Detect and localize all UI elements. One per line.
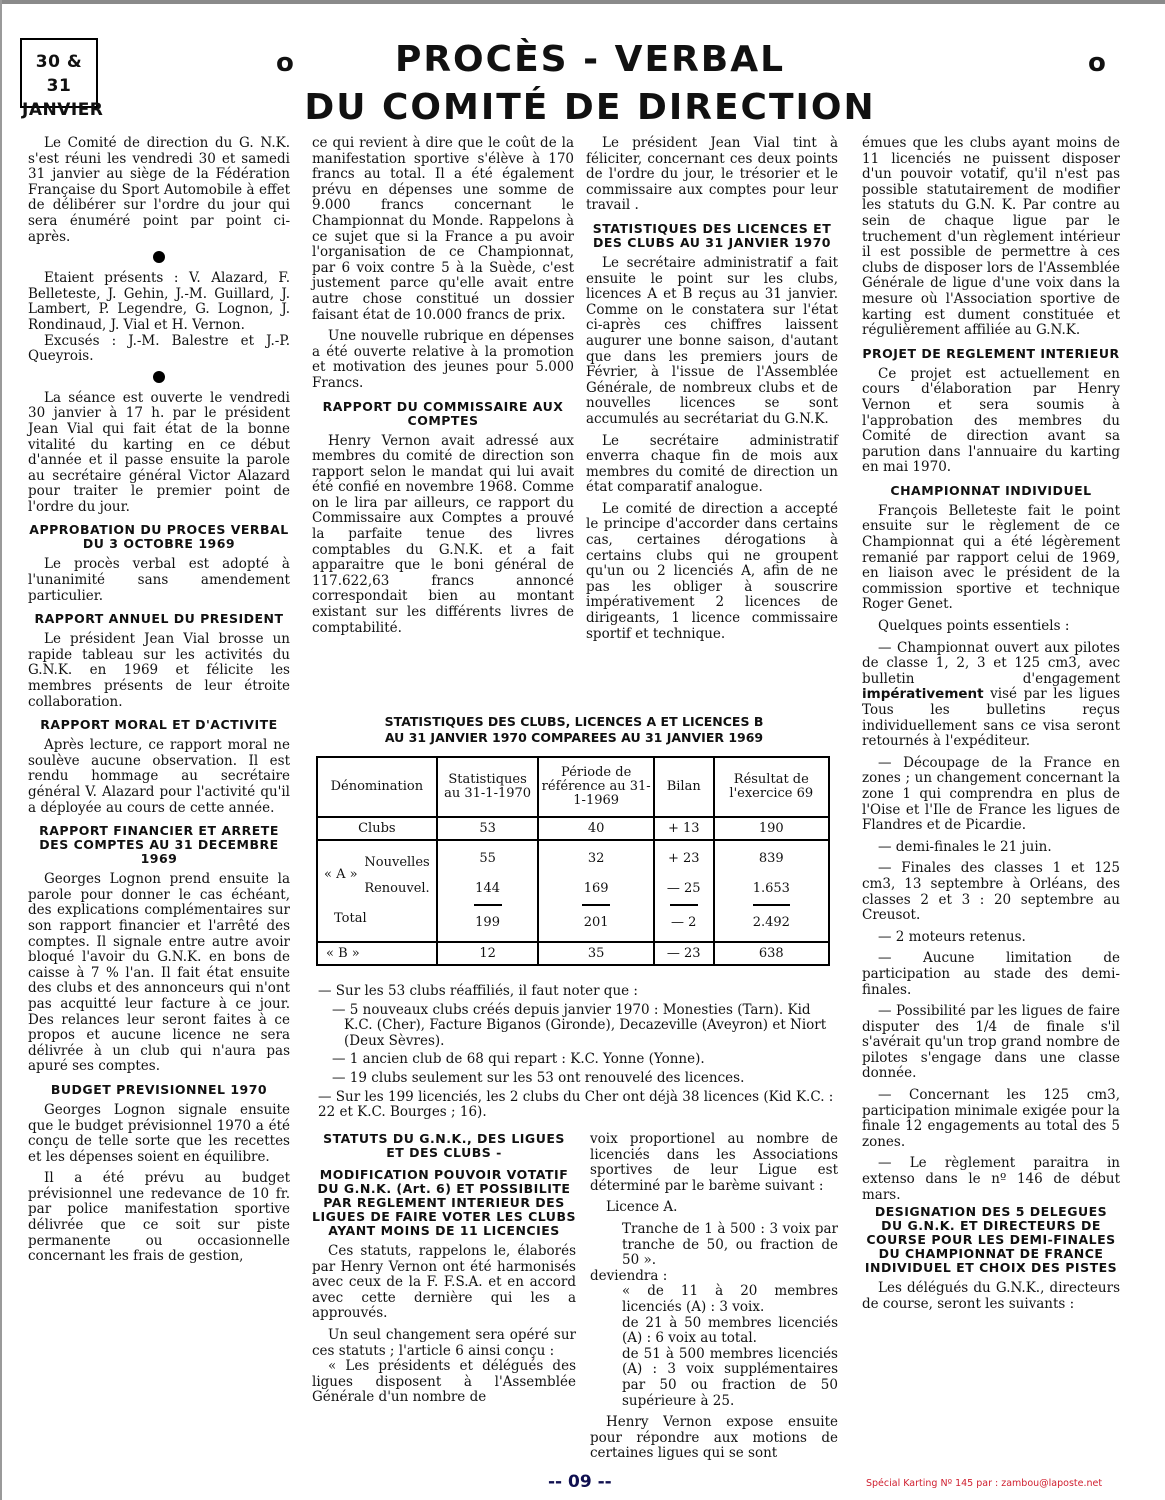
credit-line: Spécial Karting Nº 145 par : zambou@lapo… — [866, 1478, 1102, 1489]
bareme-line-2: de 21 à 50 membres licenciés (A) : 6 voi… — [590, 1316, 838, 1347]
cell-group: 32 169 201 — [538, 840, 653, 942]
projet-paragraph: Ce projet est actuellement en cours d'él… — [862, 367, 1120, 476]
rapport-moral-paragraph: Après lecture, ce rapport moral ne soulè… — [28, 738, 290, 816]
cell: 199 — [474, 904, 502, 938]
presents-paragraph: Etaient présents : V. Alazard, F. Bellet… — [28, 271, 290, 333]
stats-paragraph-3: Le comité de direction a accepté le prin… — [586, 502, 838, 642]
point-2: — Découpage de la France en zones ; un c… — [862, 756, 1120, 834]
cell: 190 — [714, 817, 829, 840]
date-line-1: 30 & 31 — [22, 50, 96, 98]
title-line-1: PROCÈS - VERBAL — [150, 36, 1030, 84]
vernon-paragraph: Henry Vernon expose ensuite pour répondr… — [590, 1415, 838, 1462]
heading-championnat: CHAMPIONNAT INDIVIDUEL — [862, 484, 1120, 498]
row-label: Clubs — [317, 817, 437, 840]
table-notes: — Sur les 53 clubs réaffiliés, il faut n… — [318, 984, 838, 1124]
table-header-row: Dénomination Statistiques au 31-1-1970 P… — [317, 757, 829, 817]
note: — 19 clubs seulement sur les 53 ont reno… — [318, 1071, 838, 1087]
approbation-paragraph: Le procès verbal est adopté à l'unanimit… — [28, 557, 290, 604]
page-title: PROCÈS - VERBAL DU COMITÉ DE DIRECTION — [150, 36, 1030, 132]
table-title-line-2: AU 31 JANVIER 1970 COMPAREES AU 31 JANVI… — [318, 730, 830, 746]
points-intro: Quelques points essentiels : — [862, 619, 1120, 635]
point-1-text: — Championnat ouvert aux pilotes de clas… — [862, 640, 1120, 687]
cell: 12 — [437, 942, 539, 965]
cell: 53 — [437, 817, 539, 840]
felicite-paragraph: Le président Jean Vial tint à féliciter,… — [586, 136, 838, 214]
cell: 201 — [582, 904, 610, 938]
statistics-table: Dénomination Statistiques au 31-1-1970 P… — [316, 756, 830, 966]
ornament-right-icon: o — [1088, 48, 1106, 78]
col-header: Bilan — [654, 757, 714, 817]
statuts-section: STATUTS DU G.N.K., DES LIGUES ET DES CLU… — [312, 1132, 576, 1412]
col-header: Dénomination — [317, 757, 437, 817]
deviendra-text: deviendra : — [590, 1269, 838, 1285]
financier-paragraph: Georges Lognon prend ensuite la parole p… — [28, 872, 290, 1075]
heading-commissaire: RAPPORT DU COMMISSAIRE AUX COMPTES — [312, 400, 574, 428]
rubrique-paragraph: Une nouvelle rubrique en dépenses a été … — [312, 329, 574, 391]
budget-continuation: ce qui revient à dire que le coût de la … — [312, 136, 574, 323]
date-box: 30 & 31 JANVIER — [20, 38, 98, 108]
bareme-intro: voix proportionel au nombre de licenciés… — [590, 1132, 838, 1194]
cell: + 23 — [657, 844, 711, 874]
budget-paragraph-2: Il a été prévu au budget prévisionnel un… — [28, 1171, 290, 1265]
cell: + 13 — [654, 817, 714, 840]
point-1-emphasis: impérativement — [862, 686, 984, 702]
point-7: — Possibilité par les ligues de faire di… — [862, 1004, 1120, 1082]
row-label: Total — [324, 904, 430, 934]
heading-projet: PROJET DE REGLEMENT INTERIEUR — [862, 347, 1120, 361]
cell: — 2 — [670, 904, 698, 938]
designation-paragraph: Les délégués du G.N.K., directeurs de co… — [862, 1281, 1120, 1312]
intro-paragraph: Le Comité de direction du G. N.K. s'est … — [28, 136, 290, 245]
column-3: Le président Jean Vial tint à féliciter,… — [586, 136, 838, 648]
point-8: — Concernant les 125 cm3, participation … — [862, 1088, 1120, 1150]
table-title-line-1: STATISTIQUES DES CLUBS, LICENCES A ET LI… — [318, 714, 830, 730]
bullet-dot-icon — [153, 251, 165, 263]
heading-modification: MODIFICATION POUVOIR VOTATIF DU G.N.K. (… — [312, 1168, 576, 1238]
top-border — [0, 0, 1165, 4]
cell: 169 — [541, 874, 650, 904]
title-line-2: DU COMITÉ DE DIRECTION — [150, 84, 1030, 132]
column-1: Le Comité de direction du G. N.K. s'est … — [28, 136, 290, 1271]
date-line-2: JANVIER — [22, 98, 96, 122]
table-row-a-group: Nouvelles « A » Renouvel. Total 55 144 1… — [317, 840, 829, 942]
bareme-section: voix proportionel au nombre de licenciés… — [590, 1132, 838, 1468]
stats-paragraph-2: Le secrétaire administratif enverra chaq… — [586, 434, 838, 496]
column-4: émues que les clubs ayant moins de 11 li… — [862, 136, 1120, 1318]
cell: 1.653 — [717, 874, 826, 904]
statuts-paragraph-3: « Les présidents et délégués des ligues … — [312, 1359, 576, 1406]
bareme-line-1: « de 11 à 20 membres licenciés (A) : 3 v… — [590, 1284, 838, 1315]
cell-group: + 23 — 25 — 2 — [654, 840, 714, 942]
point-9: — Le règlement paraitra in extenso dans … — [862, 1156, 1120, 1203]
bareme-line-3: de 51 à 500 membres licenciés (A) : 3 vo… — [590, 1347, 838, 1409]
left-border — [0, 0, 2, 1500]
cell: 40 — [538, 817, 653, 840]
note: — 5 nouveaux clubs créés depuis janvier … — [318, 1003, 838, 1050]
heading-rapport-financier: RAPPORT FINANCIER ET ARRETE DES COMPTES … — [28, 824, 290, 866]
point-5: — 2 moteurs retenus. — [862, 930, 1120, 946]
motions-continuation: émues que les clubs ayant moins de 11 li… — [862, 136, 1120, 339]
heading-budget: BUDGET PREVISIONNEL 1970 — [28, 1083, 290, 1097]
cell: 839 — [717, 844, 826, 874]
cell-group: 839 1.653 2.492 — [714, 840, 829, 942]
table-row-clubs: Clubs 53 40 + 13 190 — [317, 817, 829, 840]
row-label: « B » — [317, 942, 437, 965]
excuses-paragraph: Excusés : J.-M. Balestre et J.-P. Queyro… — [28, 334, 290, 365]
column-2: ce qui revient à dire que le coût de la … — [312, 136, 574, 642]
note: — Sur les 199 licenciés, les 2 clubs du … — [318, 1090, 838, 1121]
cell: 35 — [538, 942, 653, 965]
cell-group: 55 144 199 — [437, 840, 539, 942]
point-6: — Aucune limitation de participation au … — [862, 951, 1120, 998]
cell: 55 — [440, 844, 536, 874]
cell: — 25 — [657, 874, 711, 904]
tranche-text: Tranche de 1 à 500 : 3 voix par tranche … — [590, 1222, 838, 1269]
point-3: — demi-finales le 21 juin. — [862, 840, 1120, 856]
cell: 2.492 — [753, 904, 790, 938]
note: — 1 ancien club de 68 qui repart : K.C. … — [318, 1052, 838, 1068]
col-header: Période de référence au 31-1-1969 — [538, 757, 653, 817]
cell: — 23 — [654, 942, 714, 965]
note: — Sur les 53 clubs réaffiliés, il faut n… — [318, 984, 838, 1000]
heading-designation: DESIGNATION DES 5 DELEGUES DU G.N.K. ET … — [862, 1205, 1120, 1275]
seance-paragraph: La séance est ouverte le vendredi 30 jan… — [28, 391, 290, 516]
rapport-annuel-paragraph: Le président Jean Vial brosse un rapide … — [28, 632, 290, 710]
budget-paragraph-1: Georges Lognon signale ensuite que le bu… — [28, 1103, 290, 1165]
heading-statuts: STATUTS DU G.N.K., DES LIGUES ET DES CLU… — [312, 1132, 576, 1160]
licence-label: Licence A. — [590, 1200, 838, 1216]
row-label-a: Nouvelles « A » Renouvel. Total — [317, 840, 437, 942]
stats-paragraph-1: Le secrétaire administratif a fait ensui… — [586, 256, 838, 428]
championnat-paragraph: François Belleteste fait le point ensuit… — [862, 504, 1120, 613]
cell: 638 — [714, 942, 829, 965]
cell: 144 — [440, 874, 536, 904]
heading-rapport-moral: RAPPORT MORAL ET D'ACTIVITE — [28, 718, 290, 732]
page-number: -- 09 -- — [548, 1472, 612, 1492]
statuts-paragraph-2: Un seul changement sera opéré sur ces st… — [312, 1328, 576, 1359]
heading-rapport-annuel: RAPPORT ANNUEL DU PRESIDENT — [28, 612, 290, 626]
heading-statistiques: STATISTIQUES DES LICENCES ET DES CLUBS A… — [586, 222, 838, 250]
table-title: STATISTIQUES DES CLUBS, LICENCES A ET LI… — [318, 714, 830, 746]
col-header: Résultat de l'exercice 69 — [714, 757, 829, 817]
col-header: Statistiques au 31-1-1970 — [437, 757, 539, 817]
point-4: — Finales des classes 1 et 125 cm3, 13 s… — [862, 861, 1120, 923]
point-1: — Championnat ouvert aux pilotes de clas… — [862, 641, 1120, 750]
table-row-b: « B » 12 35 — 23 638 — [317, 942, 829, 965]
statuts-paragraph-1: Ces statuts, rappelons le, élaborés par … — [312, 1244, 576, 1322]
heading-approbation: APPROBATION DU PROCES VERBAL DU 3 OCTOBR… — [28, 523, 290, 551]
bullet-dot-icon — [153, 371, 165, 383]
commissaire-paragraph: Henry Vernon avait adressé aux membres d… — [312, 434, 574, 637]
cell: 32 — [541, 844, 650, 874]
